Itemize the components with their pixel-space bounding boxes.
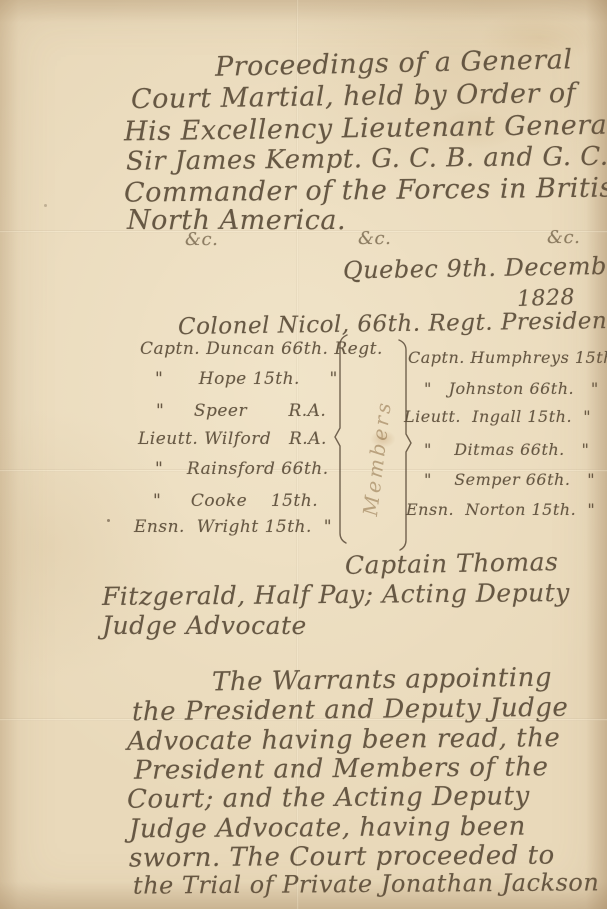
judge-advocate-line: Captain Thomas <box>345 549 559 578</box>
heading-line: North America. <box>127 207 346 234</box>
manuscript-page: Proceedings of a General Court Martial, … <box>0 0 607 909</box>
body-line: Advocate having been read, the <box>127 725 561 755</box>
dateline-year: 1828 <box>517 287 576 311</box>
ink-speck <box>44 204 47 207</box>
heading-line: Commander of the Forces in British <box>124 174 607 206</box>
ink-speck <box>107 519 110 522</box>
member-entry: " Speer R.A. <box>156 403 326 420</box>
body-line: sworn. The Court proceeded to <box>129 843 555 872</box>
body-line: the Trial of Private Jonathan Jackson <box>133 870 599 897</box>
member-entry: " Johnston 66th. " <box>424 381 599 397</box>
member-entry: Lieutt. Ingall 15th. " <box>404 409 591 425</box>
heading-line: Proceedings of a General <box>215 46 573 80</box>
member-entry: " Hope 15th. " <box>155 371 338 388</box>
member-entry: Lieutt. Wilford R.A. <box>138 431 327 448</box>
body-line: President and Members of the <box>134 754 549 784</box>
body-line: the President and Deputy Judge <box>132 695 569 726</box>
judge-advocate-line: Judge Advocate <box>102 613 307 638</box>
body-line: Judge Advocate, having been <box>129 814 526 843</box>
heading-line: Court Martial, held by Order of <box>131 80 577 113</box>
body-line: Court; and the Acting Deputy <box>127 783 530 813</box>
members-left-brace-icon <box>334 333 350 545</box>
etcetera-mark: &c. <box>358 230 391 248</box>
body-line: The Warrants appointing <box>212 665 552 696</box>
dateline-place-date: Quebec 9th. December <box>343 253 607 282</box>
etcetera-mark: &c. <box>185 231 218 249</box>
heading-line: Sir James Kempt. G. C. B. and G. C. H. <box>126 143 607 174</box>
members-right-brace-icon <box>396 338 412 552</box>
member-entry: " Ditmas 66th. " <box>424 442 589 458</box>
president-line: Colonel Nicol, 66th. Regt. President <box>178 310 607 339</box>
judge-advocate-line: Fitzgerald, Half Pay; Acting Deputy <box>102 580 570 609</box>
member-entry: Ensn. Wright 15th. " <box>134 519 332 536</box>
member-entry: " Cooke 15th. <box>153 493 318 510</box>
etcetera-mark: &c. <box>547 229 580 247</box>
member-entry: Captn. Humphreys 15th.Regt. <box>408 350 607 366</box>
member-entry: " Rainsford 66th. <box>155 461 329 478</box>
heading-line: His Excellency Lieutenant General <box>124 112 607 146</box>
members-vertical-label: Members <box>358 398 396 518</box>
member-entry: Ensn. Norton 15th. " <box>406 502 595 518</box>
member-entry: " Semper 66th. " <box>424 472 595 488</box>
